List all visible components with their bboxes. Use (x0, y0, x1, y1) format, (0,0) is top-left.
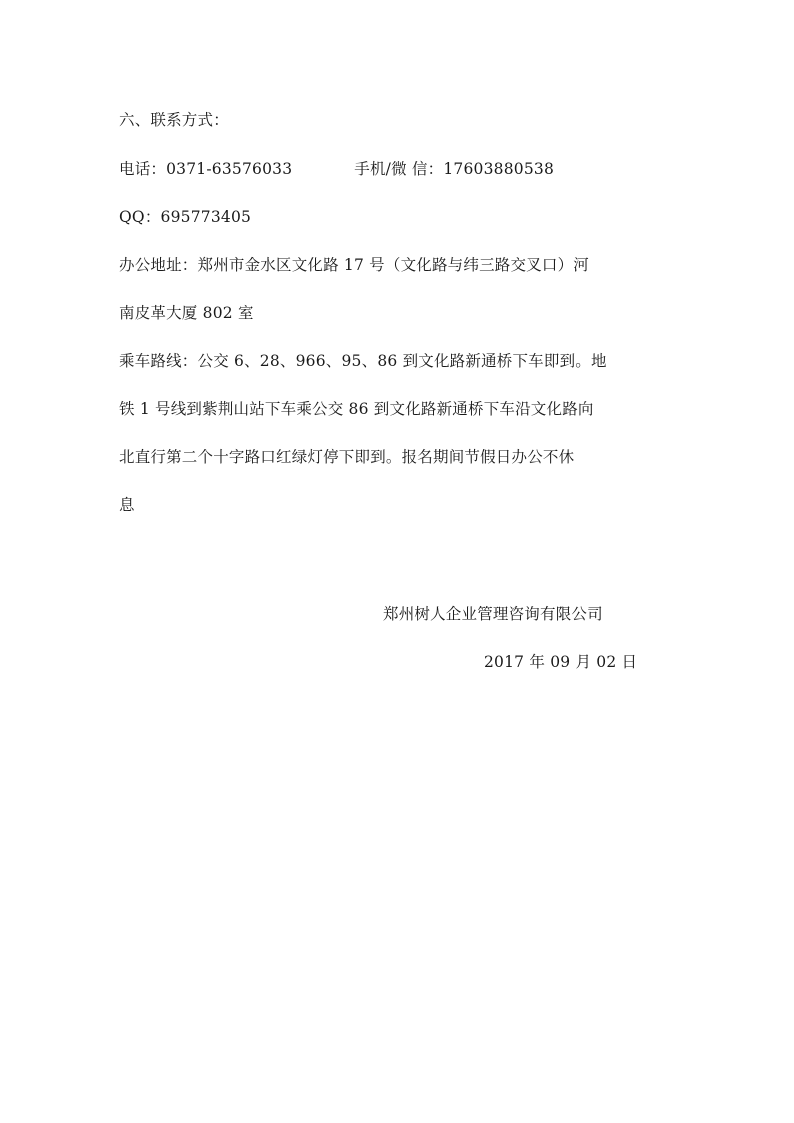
qq-line: QQ：695773405 (119, 207, 251, 227)
phone-text: 电话：0371-63576033 (119, 160, 292, 178)
route-line-2: 铁 1 号线到紫荆山站下车乘公交 86 到文化路新通桥下车沿文化路向 (119, 399, 594, 419)
address-line-2: 南皮革大厦 802 室 (119, 303, 254, 323)
route-line-4: 息 (119, 495, 135, 515)
signature-date: 2017 年 09 月 02 日 (484, 652, 637, 672)
address-line-1: 办公地址：郑州市金水区文化路 17 号（文化路与纬三路交叉口）河 (119, 255, 589, 275)
route-line-1: 乘车路线：公交 6、28、966、95、86 到文化路新通桥下车即到。地 (119, 351, 607, 371)
company-name: 郑州树人企业管理咨询有限公司 (383, 604, 603, 624)
mobile-wechat-text: 手机/微 信：17603880538 (354, 160, 554, 178)
section-heading: 六、联系方式： (119, 110, 229, 130)
phone-line: 电话：0371-63576033手机/微 信：17603880538 (119, 159, 554, 179)
route-line-3: 北直行第二个十字路口红绿灯停下即到。报名期间节假日办公不休 (119, 447, 574, 467)
